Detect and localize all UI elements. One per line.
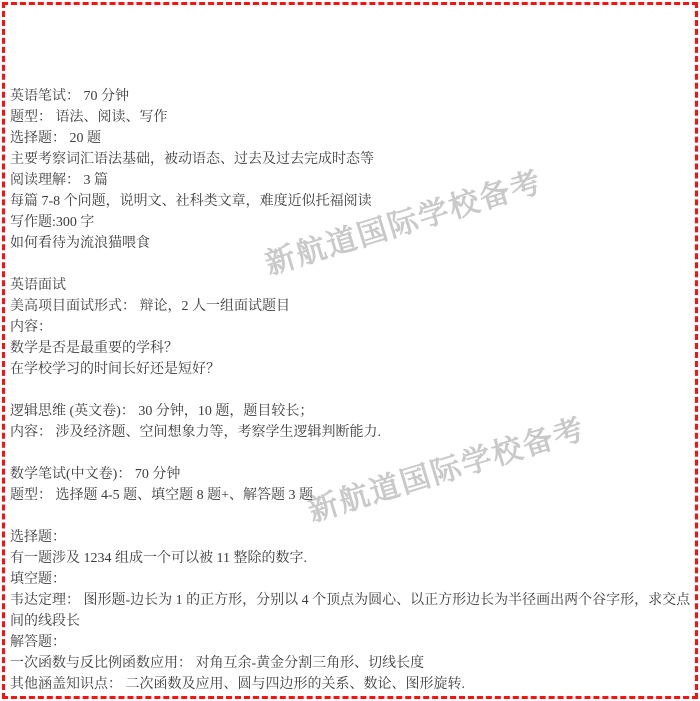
document-page: 新航道国际学校备考 新航道国际学校备考 英语笔试： 70 分钟 题型： 语法、阅… [0, 0, 700, 701]
text-line: 英语笔试： 70 分钟 [10, 86, 694, 107]
text-line: 选择题： 20 题 [10, 128, 694, 149]
text-line: 美高项目面试形式： 辩论，2 人一组面试题目 [10, 296, 694, 317]
text-line-blank [10, 506, 694, 527]
text-line: 在学校学习的时间长好还是短好？ [10, 359, 694, 380]
text-line: 英语面试 [10, 275, 694, 296]
text-line: 选择题： [10, 527, 694, 548]
text-line: 韦达定理： 图形题-边长为 1 的正方形，分别以 4 个顶点为圆心、以正方形边长… [10, 590, 694, 611]
text-line: 数学笔试(中文卷)： 70 分钟 [10, 464, 694, 485]
text-line: 主要考察词汇语法基础，被动语态、过去及过去完成时态等 [10, 149, 694, 170]
text-line: 如何看待为流浪猫喂食 [10, 233, 694, 254]
text-line-blank [10, 254, 694, 275]
text-line: 一次函数与反比例函数应用： 对角互余-黄金分割三角形、切线长度 [10, 653, 694, 674]
text-line: 题型： 语法、阅读、写作 [10, 107, 694, 128]
text-line-blank [10, 380, 694, 401]
text-line: 填空题： [10, 569, 694, 590]
text-line-blank [10, 443, 694, 464]
document-content: 英语笔试： 70 分钟 题型： 语法、阅读、写作 选择题： 20 题 主要考察词… [10, 86, 694, 695]
text-line: 题型： 选择题 4-5 题、填空题 8 题+、解答题 3 题 [10, 485, 694, 506]
text-line: 解答题： [10, 632, 694, 653]
text-line: 内容： 涉及经济题、空间想象力等，考察学生逻辑判断能力. [10, 422, 694, 443]
text-line: 内容： [10, 317, 694, 338]
text-line: 逻辑思维 (英文卷)： 30 分钟，10 题，题目较长； [10, 401, 694, 422]
text-line: 每篇 7-8 个问题，说明文、社科类文章，难度近似托福阅读 [10, 191, 694, 212]
text-line: 有一题涉及 1234 组成一个可以被 11 整除的数字. [10, 548, 694, 569]
text-line: 数学是否是最重要的学科？ [10, 338, 694, 359]
text-line: 其他涵盖知识点： 二次函数及应用、圆与四边形的关系、数论、图形旋转. [10, 674, 694, 695]
text-line: 间的线段长 [10, 611, 694, 632]
text-line: 阅读理解： 3 篇 [10, 170, 694, 191]
text-line: 写作题:300 字 [10, 212, 694, 233]
